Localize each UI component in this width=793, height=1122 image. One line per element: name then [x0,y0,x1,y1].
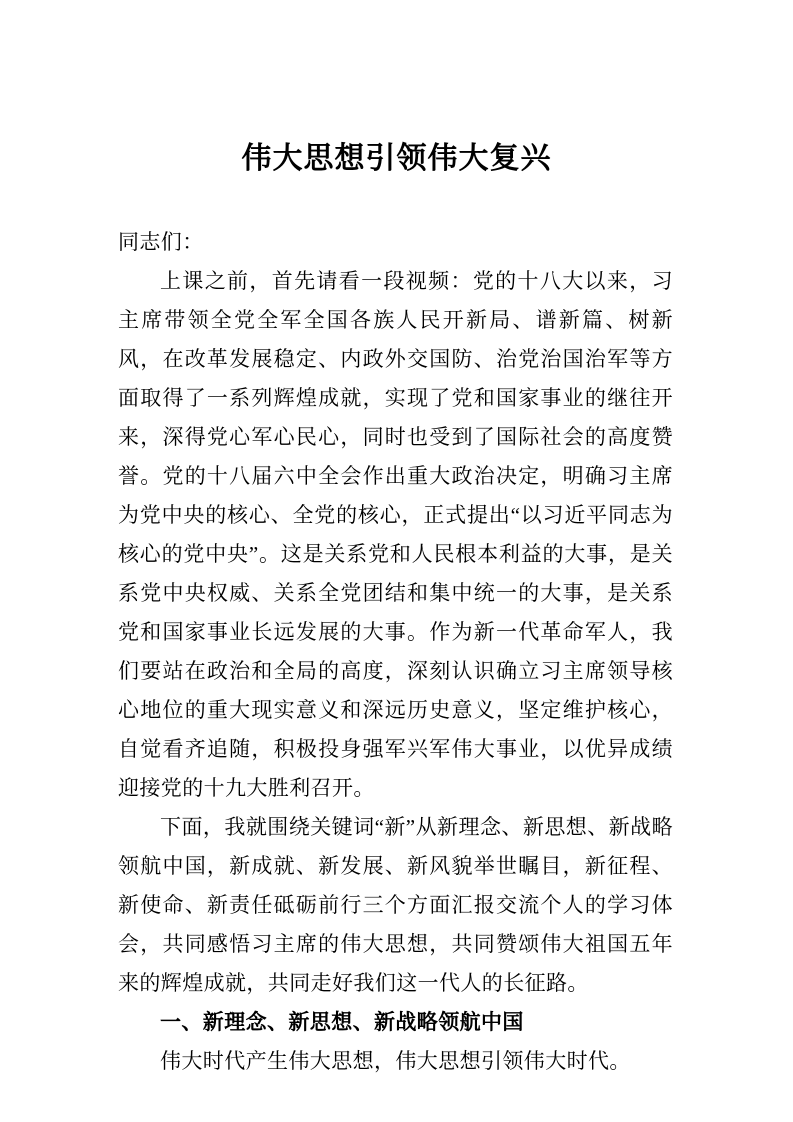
document-body: 同志们： 上课之前，首先请看一段视频：党的十八大以来，习主席带领全党全军全国各族… [118,223,673,1081]
body-paragraph-2: 下面，我就围绕关键词“新”从新理念、新思想、新战略领航中国，新成就、新发展、新风… [118,808,673,1003]
salutation-line: 同志们： [118,223,673,262]
document-page: 伟大思想引领伟大复兴 同志们： 上课之前，首先请看一段视频：党的十八大以来，习主… [0,0,793,1122]
document-title: 伟大思想引领伟大复兴 [60,139,733,179]
body-paragraph-1: 上课之前，首先请看一段视频：党的十八大以来，习主席带领全党全军全国各族人民开新局… [118,262,673,808]
body-paragraph-3: 伟大时代产生伟大思想，伟大思想引领伟大时代。 [118,1042,673,1081]
section-heading-1: 一、新理念、新思想、新战略领航中国 [118,1003,673,1042]
